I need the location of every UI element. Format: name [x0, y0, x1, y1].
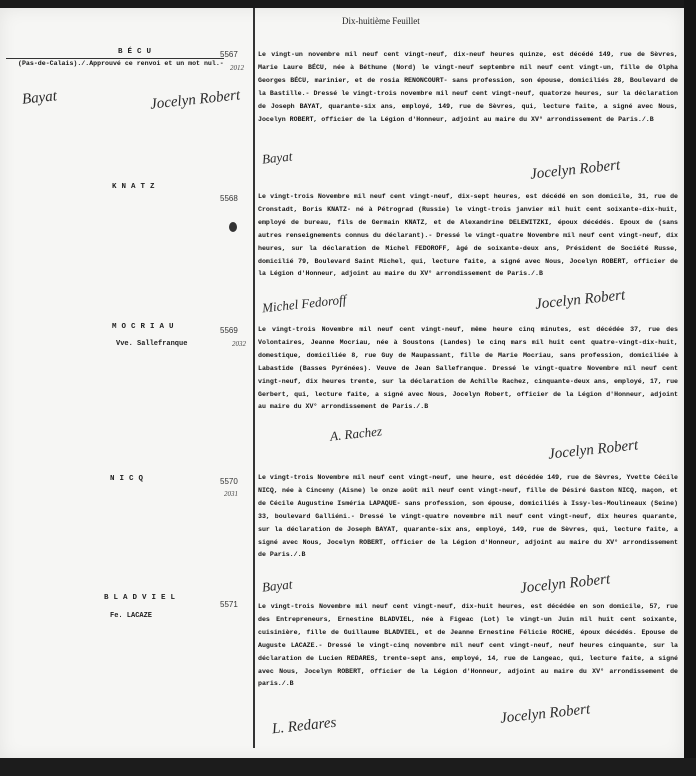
scan-border-right: [684, 0, 696, 776]
margin-subname: Vve. Sallefranque: [116, 340, 187, 348]
act-number: 5571: [220, 600, 238, 609]
act-number: 5569: [220, 326, 238, 335]
ink-blot: [229, 222, 237, 232]
margin-name: MOCRIAU: [112, 323, 179, 331]
death-record-text: Le vingt-trois Novembre mil neuf cent vi…: [258, 191, 678, 281]
margin-subname: Fe. LACAZE: [110, 612, 152, 620]
margin-name: BLADVIEL: [104, 594, 180, 602]
death-record-text: Le vingt-un novembre mil neuf cent vingt…: [258, 49, 678, 126]
death-record-text: Le vingt-trois Novembre mil neuf cent vi…: [258, 601, 678, 691]
signature-declarant: Bayat: [21, 88, 58, 109]
margin-note: (Pas-de-Calais)./.Approuvé ce renvoi et …: [18, 57, 248, 70]
margin-name: BÉCU: [118, 48, 156, 56]
margin-name: KNATZ: [112, 183, 160, 191]
margin-divider-line: [253, 8, 255, 748]
handwritten-number: 2012: [230, 64, 244, 72]
handwritten-number: 2032: [232, 340, 246, 348]
death-record-text: Le vingt-trois Novembre mil neuf cent vi…: [258, 324, 678, 414]
death-record-text: Le vingt-trois Novembre mil neuf cent vi…: [258, 472, 678, 562]
margin-name: NICQ: [110, 475, 148, 483]
scan-border-bottom: [0, 758, 696, 776]
act-number: 5570: [220, 477, 238, 486]
act-number: 5567: [220, 50, 238, 59]
act-number: 5568: [220, 194, 238, 203]
sheet-heading: Dix-huitième Feuillet: [342, 16, 420, 26]
signature-declarant: Bayat: [261, 148, 293, 167]
handwritten-number: 2031: [224, 490, 238, 498]
signature-declarant: Bayat: [261, 576, 293, 595]
